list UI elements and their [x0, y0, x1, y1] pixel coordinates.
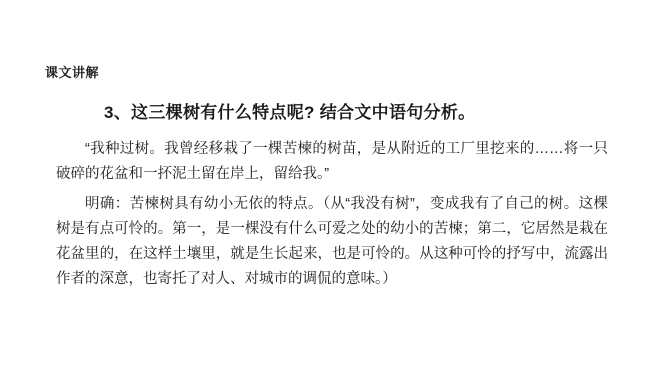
- slide-body: “我种过树。我曾经移栽了一棵苦楝的树苗，是从附近的工厂里挖来的……将一只破碎的花…: [56, 137, 608, 292]
- slide-title: 3、这三棵树有什么特点呢? 结合文中语句分析。: [104, 98, 475, 123]
- analysis-paragraph: 明确：苦楝树具有幼小无依的特点。（从“我没有树”，变成我有了自己的树。这棵树是有…: [56, 192, 608, 292]
- section-label: 课文讲解: [45, 62, 99, 81]
- presentation-slide: 课文讲解 3、这三棵树有什么特点呢? 结合文中语句分析。 “我种过树。我曾经移栽…: [0, 0, 668, 376]
- quote-paragraph: “我种过树。我曾经移栽了一棵苦楝的树苗，是从附近的工厂里挖来的……将一只破碎的花…: [56, 137, 608, 187]
